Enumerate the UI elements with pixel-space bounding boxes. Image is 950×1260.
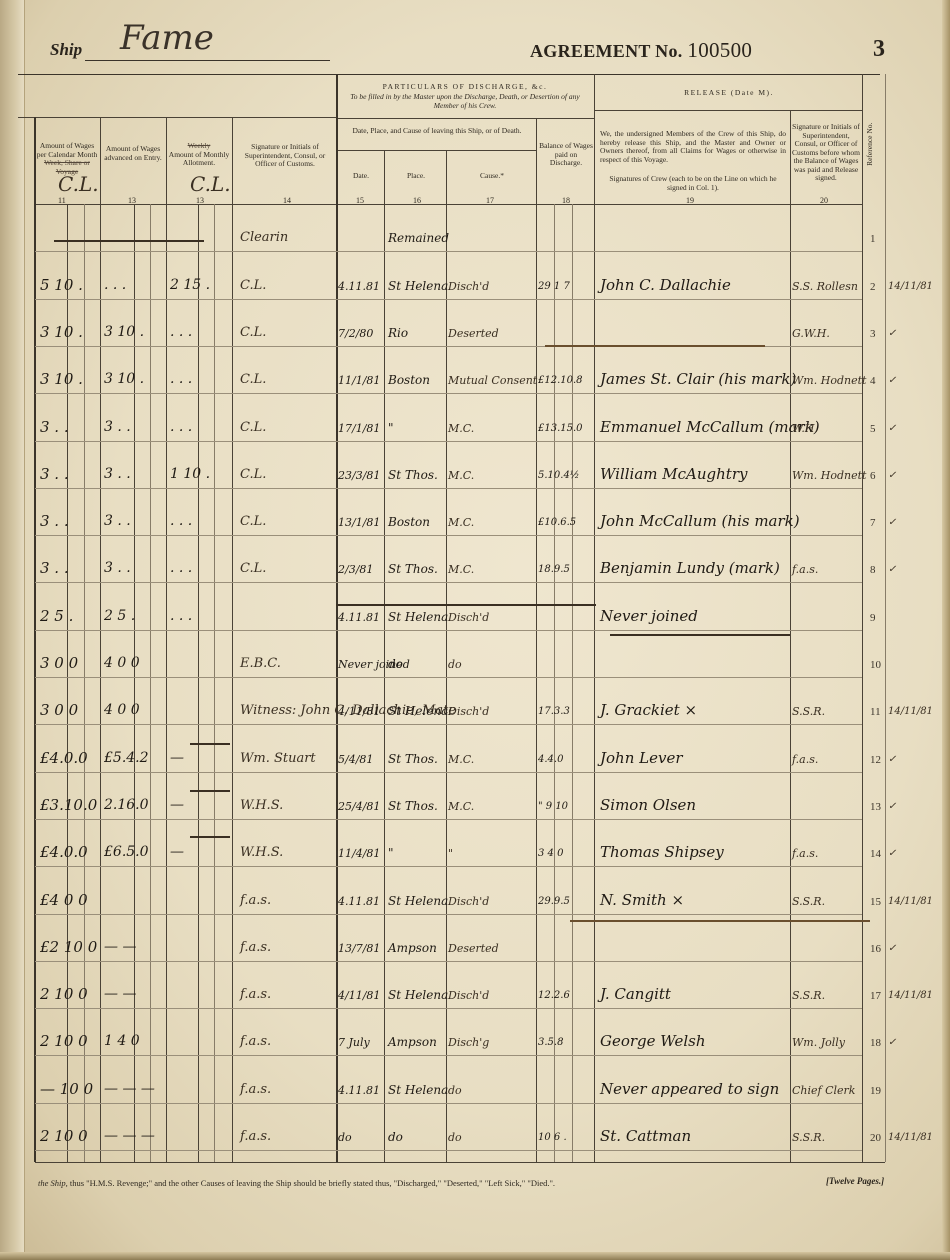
col17-header: Cause.* — [448, 172, 536, 181]
cell-place: Remained — [388, 231, 449, 245]
cell-wages: 3 . . — [40, 418, 69, 436]
cell-date: 13/1/81 — [338, 516, 380, 529]
cell-allot: . . . — [170, 560, 192, 576]
cell-margin: 14/11/81 — [888, 990, 933, 1001]
cell-place: St Helena — [388, 1083, 448, 1097]
page-edge-bottom — [0, 1252, 950, 1260]
cell-advance: — — — [104, 986, 136, 1002]
cell-release-sig: Chief Clerk — [792, 1084, 855, 1097]
reference-number: 11 — [870, 706, 881, 718]
cell-advance: — — — — [104, 1081, 155, 1097]
cell-date: 5/4/81 — [338, 753, 373, 766]
reference-number: 15 — [870, 896, 881, 908]
cell-cause: " — [448, 847, 453, 860]
cell-margin: ✓ — [888, 943, 896, 954]
deserted-stroke — [545, 345, 765, 347]
cell-margin: ✓ — [888, 517, 896, 528]
reference-number: 17 — [870, 990, 881, 1002]
cell-margin: ✓ — [888, 375, 896, 386]
cell-cause: M.C. — [448, 563, 474, 576]
cell-sup-sig: E.B.C. — [240, 656, 281, 671]
col19-subheader: Signatures of Crew (each to be on the Li… — [600, 175, 786, 192]
cell-advance: 3 . . — [104, 419, 131, 435]
cell-wages: 3 10 . — [40, 370, 83, 388]
cell-sup-sig: C.L. — [240, 467, 266, 482]
cell-cause: Disch'd — [448, 895, 489, 908]
cell-date: 4.11.81 — [338, 1084, 380, 1097]
cell-place: St Helena — [388, 704, 448, 718]
cell-place: do — [388, 657, 403, 671]
ship-name: Fame — [120, 18, 214, 58]
cell-crew-sig: St. Cattman — [600, 1127, 691, 1145]
cell-crew-sig: J. Grackiet × — [600, 701, 697, 719]
cell-balance: 17.3.3 — [538, 706, 570, 717]
cell-margin: ✓ — [888, 564, 896, 575]
cell-crew-sig: Never appeared to sign — [600, 1080, 779, 1098]
cell-allot: . . . — [170, 419, 192, 435]
row-rule — [35, 1055, 862, 1056]
cell-sup-sig: f.a.s. — [240, 893, 271, 908]
cell-crew-sig: George Welsh — [600, 1032, 706, 1050]
row-rule — [35, 630, 862, 631]
cell-date: 23/3/81 — [338, 469, 380, 482]
cell-place: Boston — [388, 373, 430, 387]
cell-sup-sig: f.a.s. — [240, 1082, 271, 1097]
cell-release-sig: f.a.s. — [792, 753, 818, 766]
cell-advance: 3 10 . — [104, 371, 144, 387]
cell-balance: 10 6 . — [538, 1132, 567, 1143]
cell-balance: 4.4.0 — [538, 754, 563, 765]
cell-place: Ampson — [388, 1035, 437, 1049]
cell-balance: £12.10.8 — [538, 375, 583, 386]
rule — [134, 204, 135, 1162]
cell-date: 11/1/81 — [338, 374, 380, 387]
row-rule — [35, 724, 862, 725]
cell-wages: 3 10 . — [40, 323, 83, 341]
rule — [35, 204, 862, 205]
cell-wages: £2 10 0 — [40, 938, 97, 956]
ship-name-line — [85, 60, 330, 61]
cell-advance: . . . — [104, 277, 126, 293]
cell-margin: ✓ — [888, 470, 896, 481]
page-number: 3 — [873, 36, 885, 63]
cell-sup-sig: C.L. — [240, 420, 266, 435]
cell-advance: 3 . . — [104, 560, 131, 576]
footer-note-prefix: the Ship, — [38, 1178, 68, 1188]
cell-allot: — — [170, 750, 184, 766]
cell-balance: 5.10.4½ — [538, 470, 580, 481]
cell-advance: 2.16.0 — [104, 797, 149, 813]
cell-date: 11/4/81 — [338, 847, 380, 860]
cell-margin: 14/11/81 — [888, 281, 933, 292]
cell-release-sig: G.W.H. — [792, 327, 830, 340]
reference-number: 1 — [870, 233, 876, 245]
cell-advance: 3 10 . — [104, 324, 144, 340]
dash-row13 — [190, 790, 230, 792]
cell-wages: 2 10 0 — [40, 985, 88, 1003]
cell-margin: 14/11/81 — [888, 706, 933, 717]
cell-advance: 1 4 0 — [104, 1033, 140, 1049]
cell-cause: Deserted — [448, 327, 499, 340]
row-rule — [35, 1150, 862, 1151]
cell-release-sig: W.H. — [792, 422, 818, 435]
row-rule — [35, 677, 862, 678]
ref-no-header: Reference No. — [866, 114, 875, 174]
cell-margin: ✓ — [888, 423, 896, 434]
col11-label: Amount of Wages per Calendar Month — [37, 141, 97, 159]
cell-advance: 2 5 . — [104, 608, 135, 624]
row-rule — [35, 1103, 862, 1104]
reference-number: 14 — [870, 848, 881, 860]
cell-sup-sig: C.L. — [240, 372, 266, 387]
cell-release-sig: Wm. Jolly — [792, 1036, 845, 1049]
cell-place: St Thos. — [388, 752, 438, 766]
cell-allot: . . . — [170, 324, 192, 340]
cell-cause: Disch'd — [448, 989, 489, 1002]
cell-advance: 4 0 0 — [104, 702, 140, 718]
cell-crew-sig: Emmanuel McCallum (mark) — [600, 418, 820, 436]
cell-release-sig: S.S.R. — [792, 1131, 825, 1144]
rule — [336, 150, 536, 151]
footer-pages: [Twelve Pages.] — [826, 1176, 884, 1186]
cell-margin: ✓ — [888, 754, 896, 765]
agreement-number: AGREEMENT No. 100500 — [530, 38, 752, 63]
reference-number: 19 — [870, 1085, 881, 1097]
dash-row14 — [190, 836, 230, 838]
cell-release-sig: S.S.R. — [792, 705, 825, 718]
cell-wages: 3 0 0 — [40, 654, 78, 672]
cell-crew-sig: Thomas Shipsey — [600, 843, 724, 861]
rule — [384, 150, 385, 1162]
cell-place: St Thos. — [388, 468, 438, 482]
cell-release-sig: Wm. Hodnett — [792, 469, 866, 482]
cell-advance: £6.5.0 — [104, 844, 149, 860]
cell-wages: 3 0 0 — [40, 701, 78, 719]
row-rule — [35, 772, 862, 773]
cell-cause: do — [448, 658, 462, 671]
cell-date: 4.11.81 — [338, 895, 380, 908]
rule — [35, 1162, 885, 1163]
reference-number: 20 — [870, 1132, 881, 1144]
remained-stroke — [54, 240, 204, 242]
cell-allot: . . . — [170, 513, 192, 529]
cell-margin: 14/11/81 — [888, 1132, 933, 1143]
cell-advance: — — — — [104, 1128, 155, 1144]
cell-allot: — — [170, 844, 184, 860]
cell-crew-sig: William McAughtry — [600, 465, 747, 483]
cell-date: 7/2/80 — [338, 327, 373, 340]
reference-number: 9 — [870, 612, 876, 624]
col11-number: 11 — [58, 196, 66, 205]
row-rule — [35, 299, 862, 300]
agreement-value: 100500 — [687, 38, 752, 62]
col14-header: Signature or Initials of Superintendent,… — [238, 143, 332, 169]
cell-sup-sig: f.a.s. — [240, 940, 271, 955]
cell-date: 2/3/81 — [338, 563, 373, 576]
row-rule — [35, 961, 862, 962]
cell-wages: £3.10.0 — [40, 796, 97, 814]
row-rule — [35, 914, 862, 915]
col19-header: We, the undersigned Members of the Crew … — [600, 130, 786, 164]
rule — [536, 118, 537, 1162]
cell-margin: ✓ — [888, 1037, 896, 1048]
cell-cause: Disch'd — [448, 280, 489, 293]
cell-balance: 12.2.6 — [538, 990, 570, 1001]
cell-release-sig: f.a.s. — [792, 847, 818, 860]
col15-number: 15 — [356, 196, 364, 205]
cell-advance: 4 0 0 — [104, 655, 140, 671]
cell-place: do — [388, 1130, 403, 1144]
cell-sup-sig: f.a.s. — [240, 1129, 271, 1144]
cell-cause: Mutual Consent — [448, 374, 537, 387]
release-group-title: RELEASE (Date M). — [596, 89, 862, 98]
cell-release-sig: S.S.R. — [792, 989, 825, 1002]
cell-sup-sig: C.L. — [240, 514, 266, 529]
cell-cause: M.C. — [448, 469, 474, 482]
cell-crew-sig: Benjamin Lundy (mark) — [600, 559, 780, 577]
reference-number: 18 — [870, 1037, 881, 1049]
row-rule — [35, 488, 862, 489]
col13a-header: Weekly Amount of Monthly Allotment. — [168, 142, 230, 168]
cell-allot: 1 10 . — [170, 466, 210, 482]
row-rule — [35, 1008, 862, 1009]
col19-number: 19 — [686, 196, 694, 205]
cell-cause: Deserted — [448, 942, 499, 955]
cell-place: St Helena — [388, 279, 448, 293]
reference-number: 8 — [870, 564, 876, 576]
cell-advance: — — — [104, 939, 136, 955]
strike-row9 — [336, 604, 596, 606]
reference-number: 16 — [870, 943, 881, 955]
cell-place: " — [388, 846, 394, 860]
cell-cause: do — [448, 1084, 462, 1097]
rule — [554, 204, 555, 1162]
rule — [166, 117, 167, 1162]
row-rule — [35, 441, 862, 442]
cell-crew-sig: James St. Clair (his mark) — [600, 370, 796, 388]
col13a-initials: C.L. — [190, 172, 231, 196]
reference-number: 2 — [870, 281, 876, 293]
ship-label: Ship — [50, 40, 82, 60]
cell-date: 13/7/81 — [338, 942, 380, 955]
cell-place: St Thos. — [388, 562, 438, 576]
cell-wages: 3 . . — [40, 465, 69, 483]
rule — [862, 74, 863, 1162]
discharge-group-subtitle: To be filled in by the Master upon the D… — [338, 93, 592, 110]
agreement-label: AGREEMENT No. — [530, 41, 683, 61]
discharge-group-title: PARTICULARS OF DISCHARGE, &c. — [338, 83, 592, 92]
rule — [336, 118, 594, 119]
row-rule — [35, 819, 862, 820]
cell-crew-sig: N. Smith × — [600, 891, 684, 909]
cell-wages: £4.0.0 — [40, 843, 88, 861]
cell-sup-sig: C.L. — [240, 325, 266, 340]
cell-cause: Disch'g — [448, 1036, 489, 1049]
cell-sup-sig: f.a.s. — [240, 987, 271, 1002]
cell-crew-sig: Never joined — [600, 607, 698, 625]
cell-margin: ✓ — [888, 328, 896, 339]
cell-margin: 14/11/81 — [888, 896, 933, 907]
cell-release-sig: S.S. Rollesn — [792, 280, 858, 293]
rule — [446, 150, 447, 1162]
cell-balance: 29.9.5 — [538, 896, 570, 907]
rule — [885, 74, 886, 1162]
cell-crew-sig: John Lever — [600, 749, 683, 767]
cell-cause: do — [448, 1131, 462, 1144]
rule — [67, 204, 68, 1162]
page-edge-right — [942, 0, 950, 1260]
cell-allot: 2 15 . — [170, 277, 210, 293]
cell-place: St Helena — [388, 894, 448, 908]
reference-number: 3 — [870, 328, 876, 340]
row-rule — [35, 251, 862, 252]
col13a-number: 13 — [196, 196, 204, 205]
cell-balance: 29 1 7 — [538, 281, 570, 292]
cell-release-sig: f.a.s. — [792, 563, 818, 576]
row-rule — [35, 535, 862, 536]
rule — [18, 117, 336, 118]
cell-allot: . . . — [170, 371, 192, 387]
cell-date: 7 July — [338, 1036, 370, 1049]
cell-sup-sig: C.L. — [240, 278, 266, 293]
rule — [150, 204, 151, 1162]
col16-header: Place. — [386, 172, 446, 181]
cell-wages: 3 . . — [40, 559, 69, 577]
cell-date: 4/11/81 — [338, 705, 380, 718]
cell-balance: £10.6.5 — [538, 517, 576, 528]
col13-number: 13 — [128, 196, 136, 205]
cell-wages: £4.0.0 — [40, 749, 88, 767]
cell-wages: 5 10 . — [40, 276, 83, 294]
row-rule — [35, 393, 862, 394]
cell-date: 25/4/81 — [338, 800, 380, 813]
col14-number: 14 — [283, 196, 291, 205]
cell-sup-sig: W.H.S. — [240, 845, 283, 860]
cell-date: 4.11.81 — [338, 611, 380, 624]
row-rule — [35, 866, 862, 867]
cell-release-sig: Wm. Hodnett — [792, 374, 866, 387]
dash-row12 — [190, 743, 230, 745]
cell-balance: 3.5.8 — [538, 1037, 563, 1048]
col20-header: Signature or Initials of Superintendent,… — [792, 123, 860, 183]
rule — [232, 117, 233, 1162]
cell-place: St Thos. — [388, 799, 438, 813]
cell-wages: 2 10 0 — [40, 1127, 88, 1145]
cell-place: Ampson — [388, 941, 437, 955]
cell-crew-sig: J. Cangitt — [600, 985, 671, 1003]
cell-margin: ✓ — [888, 801, 896, 812]
footer-note-text: thus "H.M.S. Revenge;" and the other Cau… — [70, 1178, 555, 1188]
col13-header: Amount of Wages advanced on Entry. — [102, 145, 164, 162]
reference-number: 4 — [870, 375, 876, 387]
cell-date: do — [338, 1131, 352, 1144]
row-rule — [35, 582, 862, 583]
cell-margin: ✓ — [888, 848, 896, 859]
cell-advance: 3 . . — [104, 513, 131, 529]
cell-cause: M.C. — [448, 422, 474, 435]
cell-place: St Helena — [388, 988, 448, 1002]
cell-wages: 2 5 . — [40, 607, 73, 625]
cell-balance: 18.9.5 — [538, 564, 570, 575]
cell-allot: — — [170, 797, 184, 813]
cell-cause: M.C. — [448, 753, 474, 766]
deserted-stroke-16 — [570, 920, 870, 922]
col15-header: Date. — [338, 172, 384, 181]
rule — [100, 117, 101, 1162]
rule — [572, 204, 573, 1162]
cell-sup-sig: C.L. — [240, 561, 266, 576]
cell-sup-sig: W.H.S. — [240, 798, 283, 813]
ledger-page: Ship Fame AGREEMENT No. 100500 3 Amount … — [0, 0, 950, 1260]
cell-advance: £5.4.2 — [104, 750, 149, 766]
cell-wages: 2 10 0 — [40, 1032, 88, 1050]
col11-header: Amount of Wages per Calendar Month Week,… — [36, 142, 98, 176]
reference-number: 6 — [870, 470, 876, 482]
cell-crew-sig: Simon Olsen — [600, 796, 696, 814]
cell-advance: 3 . . — [104, 466, 131, 482]
cell-cause: M.C. — [448, 800, 474, 813]
rule — [594, 74, 595, 1162]
reference-number: 5 — [870, 423, 876, 435]
col13a-label: Amount of Monthly Allotment. — [169, 150, 229, 168]
cell-cause: Disch'd — [448, 705, 489, 718]
rule — [790, 110, 791, 1162]
cell-sup-sig: f.a.s. — [240, 1034, 271, 1049]
rule — [214, 204, 215, 1162]
discharge-subheader: Date, Place, and Cause of leaving this S… — [340, 127, 534, 136]
cell-wages: — 10 0 — [40, 1080, 93, 1098]
col18-header: Balance of Wages paid on Discharge. — [538, 142, 594, 168]
reference-number: 12 — [870, 754, 881, 766]
cell-place: Boston — [388, 515, 430, 529]
cell-balance: " 9 10 — [538, 801, 568, 812]
reference-number: 13 — [870, 801, 881, 813]
cell-date: 4.11.81 — [338, 280, 380, 293]
cell-balance: 3 4 0 — [538, 848, 563, 859]
cell-cause: M.C. — [448, 516, 474, 529]
cell-cause: Disch'd — [448, 611, 489, 624]
cell-date: 4/11/81 — [338, 989, 380, 1002]
cell-crew-sig: John C. Dallachie — [600, 276, 731, 294]
col11-initials: C.L. — [58, 172, 99, 196]
cell-place: St Helena — [388, 610, 448, 624]
col16-number: 16 — [413, 196, 421, 205]
reference-number: 10 — [870, 659, 881, 671]
cell-sup-sig: Wm. Stuart — [240, 751, 316, 766]
never-joined-stroke — [610, 634, 790, 636]
rule — [198, 204, 199, 1162]
rule — [34, 117, 36, 1162]
col20-number: 20 — [820, 196, 828, 205]
cell-date: 17/1/81 — [338, 422, 380, 435]
cell-place: " — [388, 421, 394, 435]
cell-release-sig: S.S.R. — [792, 895, 825, 908]
col18-number: 18 — [562, 196, 570, 205]
rule — [84, 204, 85, 1162]
cell-wages: 3 . . — [40, 512, 69, 530]
footer-note: the Ship, thus "H.M.S. Revenge;" and the… — [38, 1178, 555, 1188]
col17-number: 17 — [486, 196, 494, 205]
reference-number: 7 — [870, 517, 876, 529]
cell-crew-sig: John McCallum (his mark) — [600, 512, 800, 530]
cell-sup-sig: Clearin — [240, 230, 288, 245]
cell-allot: . . . — [170, 608, 192, 624]
cell-balance: £13.15.0 — [538, 423, 583, 434]
cell-place: Rio — [388, 326, 408, 340]
cell-wages: £4 0 0 — [40, 891, 88, 909]
rule — [594, 110, 862, 111]
